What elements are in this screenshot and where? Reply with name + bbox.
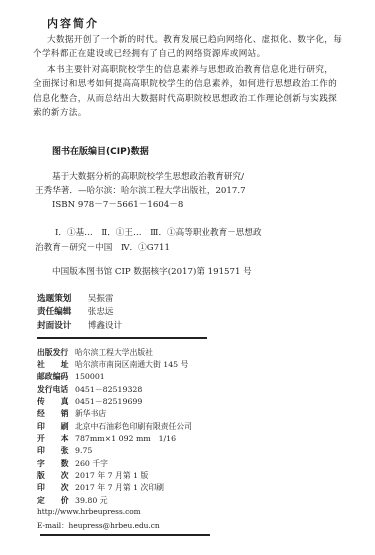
summary-line: 本书主要针对高职院校学生的信息素养与思想政治教育信息化进行研究， [47, 63, 333, 78]
info-value: 新华书店 [75, 409, 106, 418]
summary-line: 全面探讨和思考如何提高高职院校学生的信息素养，如何进行思想政治工作的 [33, 77, 337, 92]
cip-line: 基于大数据分析的高职院校学生思想政治教育研究/ [52, 170, 244, 182]
info-label: 传真 [37, 396, 75, 407]
info-value: 哈尔滨工程大学出版社 [75, 348, 153, 357]
divider [40, 534, 210, 536]
cip-isbn: ISBN 978－7－5661－1604－8 [52, 198, 183, 210]
info-row: 印张9.75 [37, 445, 92, 456]
credit-row: 选题策划 吴振雷 [37, 292, 114, 304]
credit-label: 责任编辑 [37, 305, 85, 317]
cip-approval-number: 中国版本图书馆 CIP 数据核字(2017)第 191571 号 [52, 265, 252, 277]
info-row: 经销新华书店 [37, 408, 106, 419]
divider [37, 337, 207, 339]
info-row: 传真0451－82519699 [37, 396, 142, 407]
info-value: 39.80 元 [75, 496, 108, 505]
info-label: 开本 [37, 433, 75, 444]
credit-label: 封面设计 [37, 319, 85, 331]
info-label: 版次 [37, 470, 75, 481]
info-label: 印张 [37, 445, 75, 456]
cip-classification: Ⅰ．①基… Ⅱ．①王… Ⅲ．①高等职业教育－思想政 [55, 226, 262, 238]
info-row: 开本787mm×1 092 mm 1/16 [37, 433, 176, 444]
summary-line: 大数据开创了一个新的时代。教育发展已趋向网络化、虚拟化、数字化，每 [47, 33, 342, 48]
info-row: 定价39.80 元 [37, 495, 108, 506]
info-row: 社址哈尔滨市南岗区南通大街 145 号 [37, 359, 188, 370]
info-label: 字数 [37, 458, 75, 469]
info-label: 经销 [37, 408, 75, 419]
cip-title: 图书在版编目(CIP)数据 [52, 144, 149, 157]
credit-label: 选题策划 [37, 292, 85, 304]
info-row: 印次2017 年 7 月第 1 次印刷 [37, 482, 164, 493]
info-label: 发行电话 [37, 384, 75, 395]
info-value: 0451－82519699 [75, 397, 142, 406]
info-label: 邮政编码 [37, 371, 75, 382]
info-value: 2017 年 7 月第 1 版 [75, 471, 148, 480]
info-label: 印次 [37, 482, 75, 493]
summary-line: 索的新方法。 [33, 106, 87, 121]
info-value: 787mm×1 092 mm 1/16 [75, 434, 176, 443]
cip-classification: 治教育－研究－中国 Ⅳ．①G711 [35, 241, 170, 253]
publisher-email[interactable]: E-mail：heupress@hrbeu.edu.cn [37, 520, 160, 531]
info-row: 发行电话0451－82519328 [37, 384, 142, 395]
summary-line: 个学科都正在建设或已经拥有了自己的网络资源库或网站。 [33, 47, 266, 62]
credit-value: 吴振雷 [88, 294, 114, 304]
credit-value: 张忠远 [88, 307, 114, 317]
info-value: 哈尔滨市南岗区南通大街 145 号 [75, 360, 188, 369]
summary-line: 信息化整合，从而总结出大数据时代高职院校思想政治工作理论创新与实践探 [33, 92, 337, 107]
info-value: 2017 年 7 月第 1 次印刷 [75, 483, 164, 492]
credit-value: 博鑫设计 [88, 321, 122, 331]
info-value: 北京中石油彩色印刷有限责任公司 [75, 422, 192, 431]
info-value: 150001 [75, 372, 105, 381]
publisher-url[interactable]: http://www.hrbeupress.com [37, 507, 141, 516]
info-value: 9.75 [75, 446, 92, 455]
credit-row: 责任编辑 张忠远 [37, 305, 114, 317]
credit-row: 封面设计 博鑫设计 [37, 319, 122, 331]
info-label: 社址 [37, 359, 75, 370]
cip-line: 王秀华著．—哈尔滨：哈尔滨工程大学出版社，2017.7 [35, 184, 246, 196]
info-value: 260 千字 [75, 459, 108, 468]
info-row: 邮政编码150001 [37, 371, 105, 382]
info-row: 印刷北京中石油彩色印刷有限责任公司 [37, 421, 192, 432]
summary-heading: 内容简介 [47, 15, 99, 31]
info-row: 字数260 千字 [37, 458, 108, 469]
info-label: 印刷 [37, 421, 75, 432]
info-value: 0451－82519328 [75, 385, 142, 394]
info-row: 版次2017 年 7 月第 1 版 [37, 470, 148, 481]
info-label: 定价 [37, 495, 75, 506]
info-row: 出版发行哈尔滨工程大学出版社 [37, 347, 153, 358]
info-label: 出版发行 [37, 347, 75, 358]
